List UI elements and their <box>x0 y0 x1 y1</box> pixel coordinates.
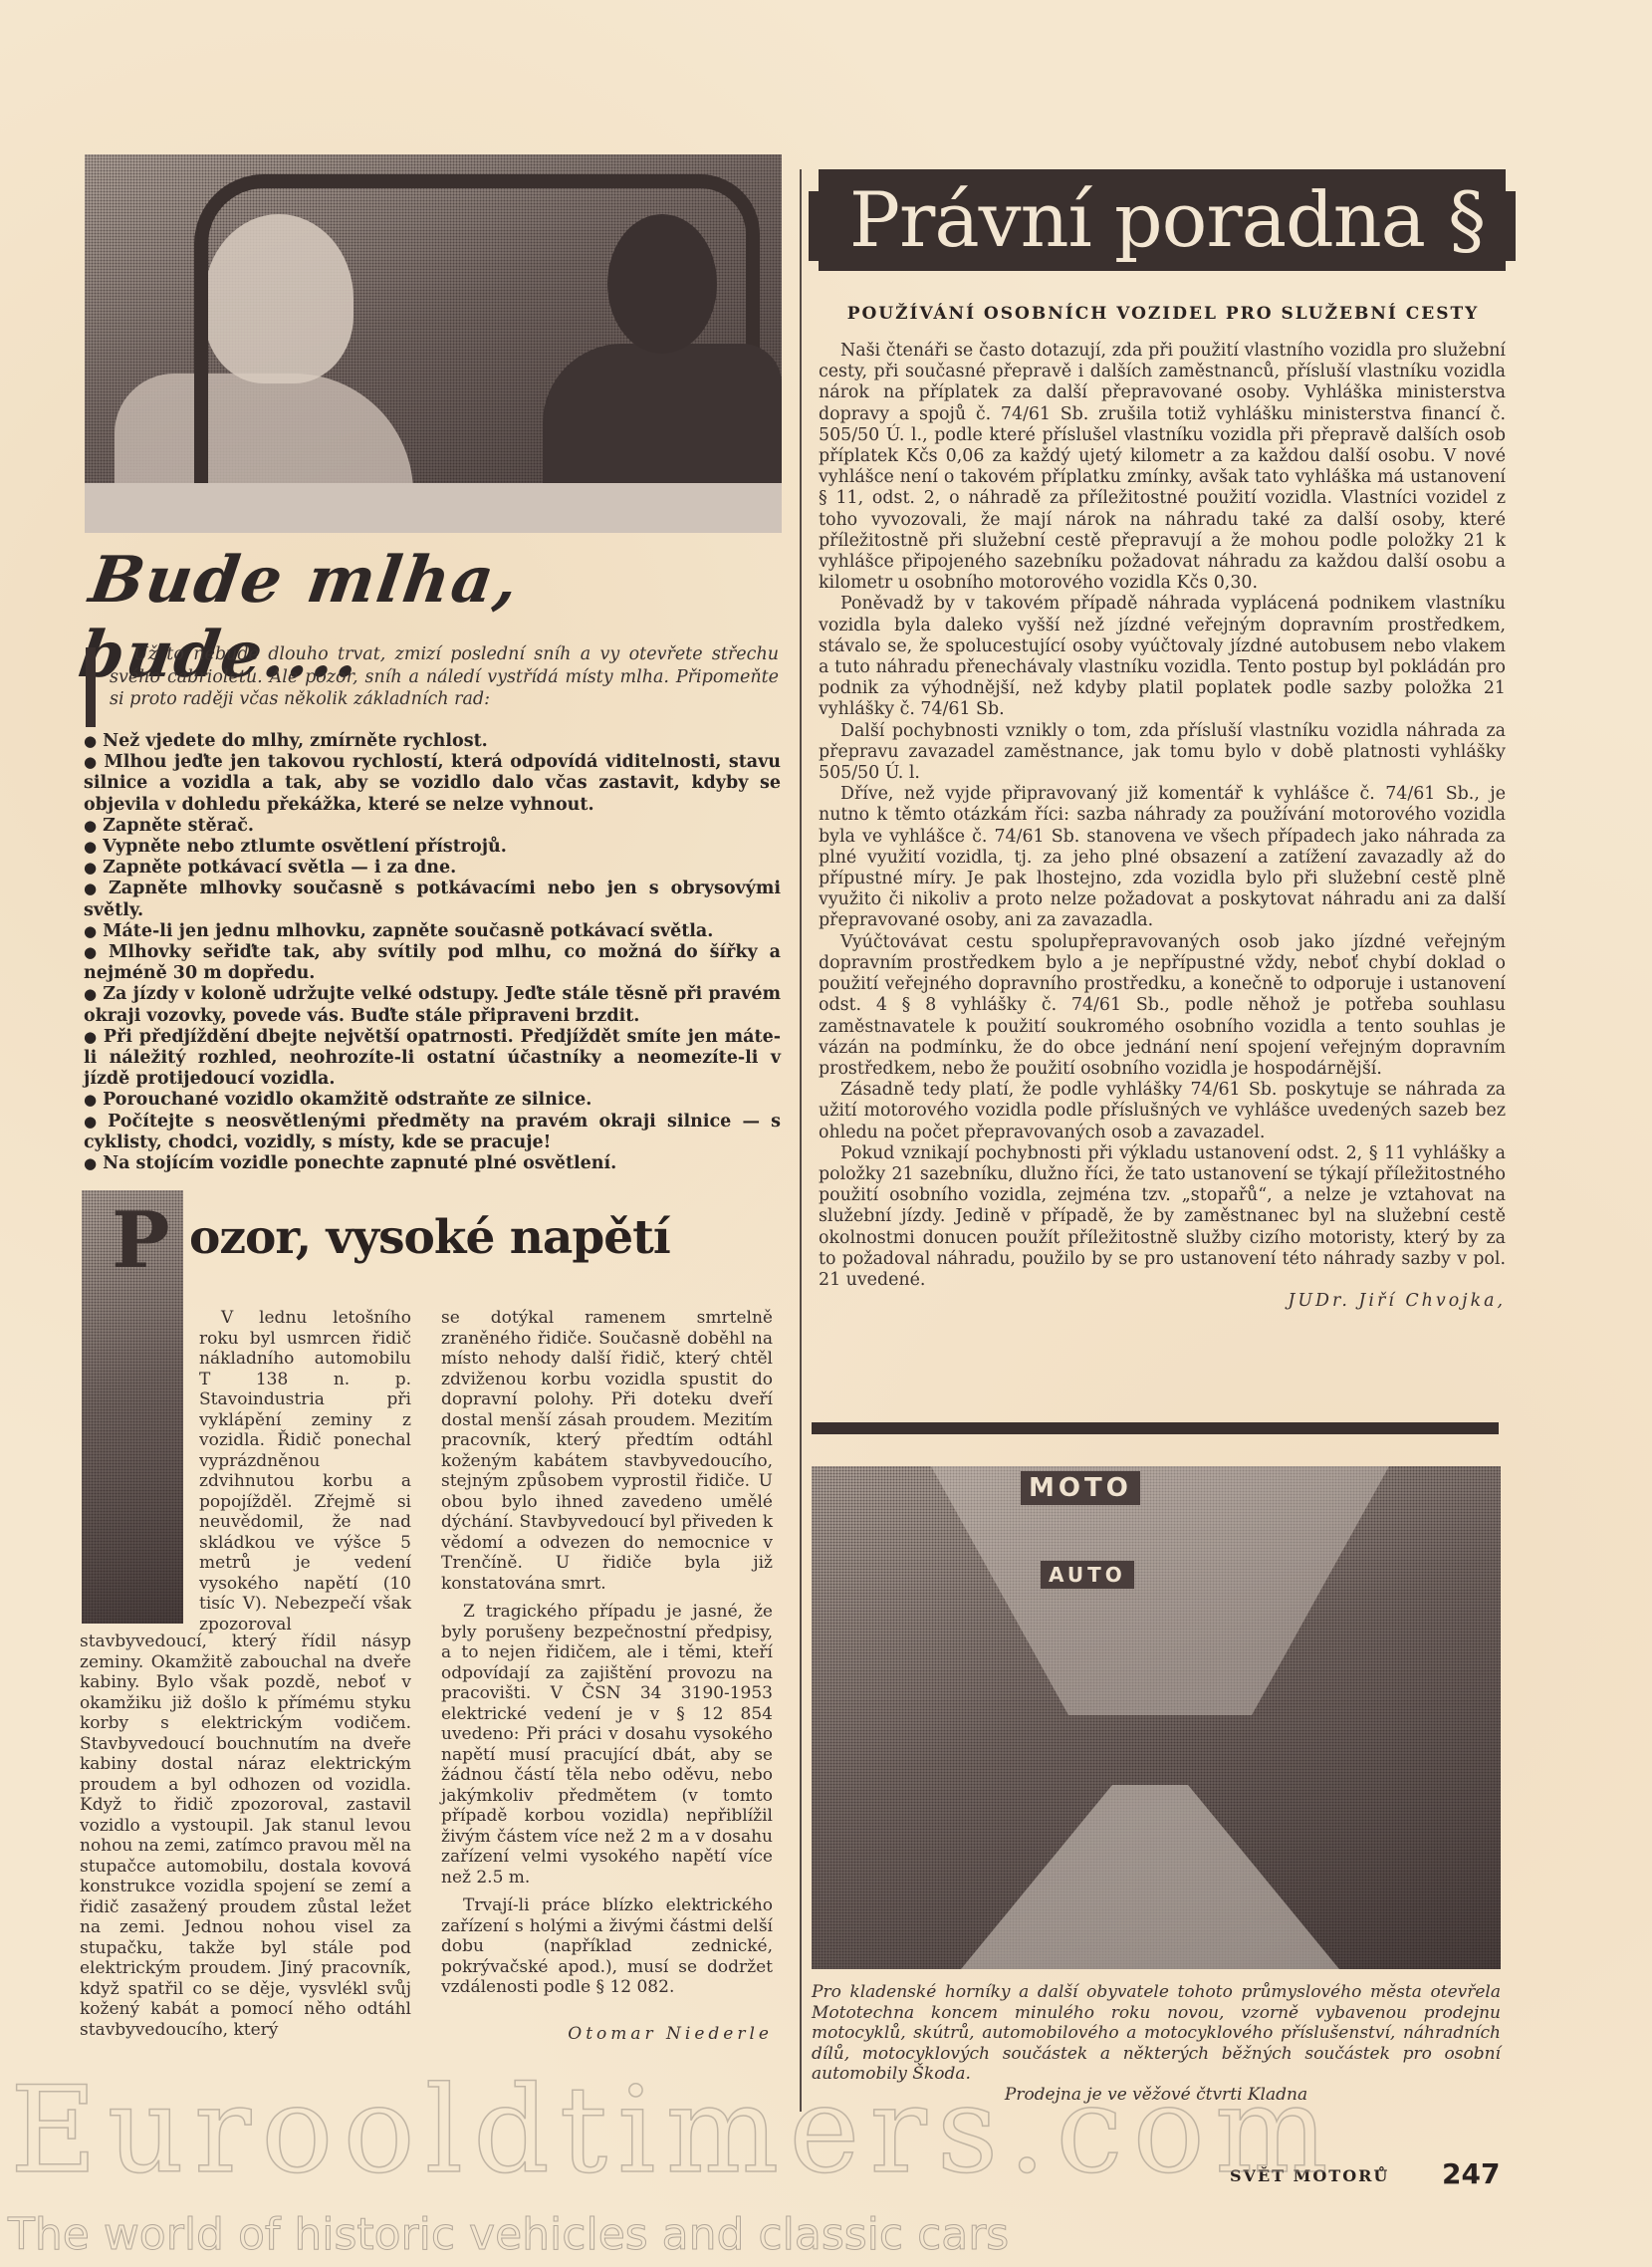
tip-item: Zapněte potkávací světla — i za dne. <box>84 858 781 879</box>
floor <box>961 1785 1339 1969</box>
tip-item: Zapněte mlhovky současně s potkávacími n… <box>84 879 781 920</box>
legal-author: JUDr. Jiří Chvojka, <box>819 1291 1506 1312</box>
hv-column-2: se dotýkal ramenem smrtelně zraněného ři… <box>441 1308 773 2044</box>
tip-item: Mlhovky seřiďte tak, aby svítily pod mlh… <box>84 942 781 984</box>
legal-banner-title: Právní poradna § <box>848 169 1486 271</box>
column-divider <box>800 169 802 2112</box>
tip-item: Počítejte s neosvětlenými předměty na pr… <box>84 1112 781 1153</box>
paragraph: V lednu letošního roku byl usmrcen řidič… <box>199 1308 411 1635</box>
tip-item: Mlhou jeďte jen takovou rychlostí, která… <box>84 752 781 816</box>
page-number: 247 <box>1442 2157 1500 2190</box>
auto-sign: AUTO <box>1041 1561 1134 1589</box>
tip-item: Máte-li jen jednu mlhovku, zapněte souča… <box>84 921 781 942</box>
paragraph: Z tragického případu je jasné, že byly p… <box>441 1602 773 1888</box>
paragraph: Další pochybnosti vznikly o tom, zda pří… <box>819 721 1506 785</box>
paragraph: stavbyvedoucí, který řídil násyp zeminy.… <box>80 1632 411 2040</box>
tip-item: Za jízdy v koloně udržujte velké odstupy… <box>84 984 781 1026</box>
hv-column-1-bottom: stavbyvedoucí, který řídil násyp zeminy.… <box>80 1632 411 2040</box>
intro-marker-bar <box>86 647 96 727</box>
hv-author: Otomar Niederle <box>441 2024 773 2045</box>
paragraph: Trvají-li práce blízko elektrického zaří… <box>441 1895 773 1998</box>
tip-item: Vypněte nebo ztlumte osvětlení přístrojů… <box>84 837 781 858</box>
drop-cap-letter: P <box>112 1195 170 1286</box>
section-rule <box>812 1422 1499 1434</box>
watermark-site: Eurooldtimers.com <box>10 2062 1338 2200</box>
watermark-tagline: The world of historic vehicles and class… <box>8 2209 1009 2260</box>
car-body-edge <box>85 483 782 533</box>
paragraph: Zásadně tedy platí, že podle vyhlášky 74… <box>819 1080 1506 1143</box>
legal-banner: Právní poradna § <box>819 169 1506 271</box>
driver-head <box>607 214 717 354</box>
fog-tips-list: Než vjedete do mlhy, zmírněte rychlost. … <box>84 731 781 1174</box>
mototechna-shop-photo: MOTO AUTO <box>812 1466 1501 1969</box>
ceiling <box>931 1466 1389 1715</box>
legal-body: Naši čtenáři se často dotazují, zda při … <box>819 341 1506 1312</box>
paragraph: Naši čtenáři se často dotazují, zda při … <box>819 341 1506 594</box>
hv-article-title: ozor, vysoké napětí <box>189 1210 670 1265</box>
paragraph: se dotýkal ramenem smrtelně zraněného ři… <box>441 1308 773 1594</box>
car-interior-photo <box>85 154 782 533</box>
tip-item: Při předjíždění dbejte největší opatrnos… <box>84 1027 781 1091</box>
moto-sign: MOTO <box>1021 1471 1140 1505</box>
tip-item: Než vjedete do mlhy, zmírněte rychlost. <box>84 731 781 752</box>
legal-subtitle: POUŽÍVÁNÍ OSOBNÍCH VOZIDEL PRO SLUŽEBNÍ … <box>819 304 1508 324</box>
paragraph: Pokud vznikají pochybnosti při výkladu u… <box>819 1143 1506 1291</box>
tip-item: Porouchané vozidlo okamžitě odstraňte ze… <box>84 1090 781 1111</box>
fog-article-intro: Už to nebude dlouho trvat, zmizí posledn… <box>110 643 779 711</box>
paragraph: Vyúčtovávat cestu spolupřepravovaných os… <box>819 932 1506 1080</box>
tip-item: Na stojícím vozidle ponechte zapnuté pln… <box>84 1153 781 1174</box>
tip-item: Zapněte stěrač. <box>84 816 781 837</box>
fog-article-title: Bude mlha, bude.... <box>84 543 793 628</box>
hv-column-1-top: V lednu letošního roku byl usmrcen řidič… <box>199 1308 411 1635</box>
paragraph: Poněvadž by v takovém případě náhrada vy… <box>819 594 1506 720</box>
paragraph: Dříve, než vyjde připravovaný již koment… <box>819 784 1506 931</box>
